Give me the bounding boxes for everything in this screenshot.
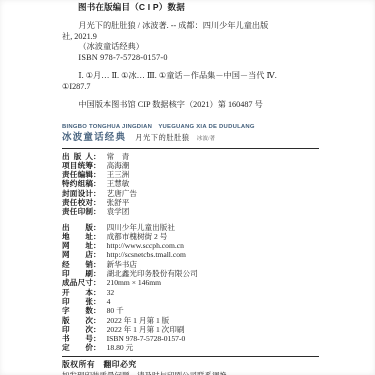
table-row: 出版人：常 青 <box>62 152 319 161</box>
row-colon: ： <box>93 232 101 241</box>
row-value: 四川少年儿童出版社 <box>101 223 175 232</box>
row-value: 18.80 元 <box>101 343 134 352</box>
cip-isbn: ISBN 978-7-5728-0157-0 <box>62 53 319 64</box>
row-value: http://www.sccph.com.cn <box>101 241 184 250</box>
row-colon: ： <box>93 250 101 259</box>
cip-classification: Ⅰ. ①月… Ⅱ. ①冰… Ⅲ. ①童话－作品集－中国－当代 Ⅳ. ①I287.… <box>62 71 290 92</box>
row-colon: ： <box>93 288 101 297</box>
table-row: 字数：80 千 <box>62 306 319 315</box>
row-label: 网店 <box>62 250 93 259</box>
row-label: 项目统筹 <box>62 161 93 170</box>
row-colon: ： <box>93 278 101 287</box>
row-value: 32 <box>101 288 115 297</box>
publication-table: 出版：四川少年儿童出版社 地址：成都市槐树街 2 号 网址：http://www… <box>62 223 319 353</box>
row-colon: ： <box>93 170 101 179</box>
copyright-page: 图书在版编目（C I P）数据 月光下的肚肚狼 / 冰波著. -- 成都：四川少… <box>0 0 375 375</box>
divider-top <box>62 148 319 149</box>
row-colon: ： <box>93 152 101 161</box>
row-label: 印次 <box>62 325 93 334</box>
row-value: 成都市槐树街 2 号 <box>101 232 168 241</box>
row-colon: ： <box>93 269 101 278</box>
table-row: 出版：四川少年儿童出版社 <box>62 223 319 232</box>
table-row: 经销：新华书店 <box>62 260 319 269</box>
table-row: 网店：http://scsnetcbs.tmall.com <box>62 250 319 259</box>
table-row: 责任印制：袁学团 <box>62 207 319 216</box>
row-value: 王慧敏 <box>101 179 130 188</box>
row-label: 成品尺寸 <box>62 278 93 287</box>
row-colon: ： <box>93 189 101 198</box>
table-row: 地址：成都市槐树街 2 号 <box>62 232 319 241</box>
divider-bottom <box>62 356 319 357</box>
row-label: 印张 <box>62 297 93 306</box>
row-value: 2022 年 1 月第 1 次印刷 <box>101 325 185 334</box>
row-colon: ： <box>93 306 101 315</box>
row-colon: ： <box>93 223 101 232</box>
row-colon: ： <box>93 179 101 188</box>
row-value: 袁学团 <box>101 207 130 216</box>
copyright-notice: 版权所有 翻印必究 <box>62 360 319 370</box>
row-value: http://scsnetcbs.tmall.com <box>101 250 186 259</box>
table-row: 开本：32 <box>62 288 319 297</box>
row-label: 印刷 <box>62 269 93 278</box>
row-colon: ： <box>93 325 101 334</box>
table-row: 封面设计：艺唐广告 <box>62 189 319 198</box>
table-row: 网址：http://www.sccph.com.cn <box>62 241 319 250</box>
row-colon: ： <box>93 207 101 216</box>
row-value: 80 千 <box>101 306 124 315</box>
row-value: 张舒平 <box>101 198 130 207</box>
table-row: 定价：18.80 元 <box>62 343 319 352</box>
row-value: 2022 年 1 月第 1 版 <box>101 316 170 325</box>
book-title: 月光下的肚肚狼 <box>135 133 190 143</box>
row-label: 出版 <box>62 223 93 232</box>
book-author: 冰波/著 <box>197 134 215 142</box>
row-label: 经销 <box>62 260 93 269</box>
row-colon: ： <box>93 241 101 250</box>
cip-entry: 月光下的肚肚狼 / 冰波著. -- 成都：四川少年儿童出版社, 2021.9 <box>62 21 276 42</box>
row-colon: ： <box>93 260 101 269</box>
row-label: 字数 <box>62 306 93 315</box>
row-value: 艺唐广告 <box>101 189 137 198</box>
series-band: BINGBO TONGHUA JINGDIAN YUEGUANG XIA DE … <box>62 124 319 144</box>
row-value: 湖北鑫光印务股份有限公司 <box>101 269 198 278</box>
cip-series-note: （冰波童话经典） <box>62 42 319 53</box>
row-label: 开本 <box>62 288 93 297</box>
cip-record-number: 中国版本图书馆 CIP 数据核字（2021）第 160487 号 <box>62 100 319 111</box>
row-value: 常 青 <box>101 152 130 161</box>
table-row: 印刷：湖北鑫光印务股份有限公司 <box>62 269 319 278</box>
quality-note: 如发现印装质量问题，请及时与印刷公司联系调换。 <box>62 371 319 375</box>
row-colon: ： <box>93 198 101 207</box>
row-value: 高海潮 <box>101 161 130 170</box>
staff-table: 出版人：常 青 项目统筹：高海潮 责任编辑：王三洲 特约组稿：王慧敏 封面设计：… <box>62 152 319 217</box>
row-value: 新华书店 <box>101 260 137 269</box>
row-colon: ： <box>93 161 101 170</box>
row-label: 责任印制 <box>62 207 93 216</box>
row-label: 封面设计 <box>62 189 93 198</box>
table-row: 书号：ISBN 978-7-5728-0157-0 <box>62 334 319 343</box>
cip-header: 图书在版编目（C I P）数据 <box>62 2 319 13</box>
row-value: ISBN 978-7-5728-0157-0 <box>101 334 186 343</box>
table-row: 版次：2022 年 1 月第 1 版 <box>62 316 319 325</box>
row-colon: ： <box>93 334 101 343</box>
row-label: 地址 <box>62 232 93 241</box>
row-label: 责任校对 <box>62 198 93 207</box>
row-value: 210mm × 146mm <box>101 278 162 287</box>
row-colon: ： <box>93 343 101 352</box>
row-label: 出版人 <box>62 152 93 161</box>
table-row: 特约组稿：王慧敏 <box>62 179 319 188</box>
row-value: 4 <box>101 297 111 306</box>
series-pinyin: BINGBO TONGHUA JINGDIAN YUEGUANG XIA DE … <box>62 124 319 131</box>
row-colon: ： <box>93 297 101 306</box>
row-label: 版次 <box>62 316 93 325</box>
table-row: 印张：4 <box>62 297 319 306</box>
row-label: 定价 <box>62 343 93 352</box>
table-row: 责任编辑：王三洲 <box>62 170 319 179</box>
row-colon: ： <box>93 316 101 325</box>
row-value: 王三洲 <box>101 170 130 179</box>
series-name: 冰波童话经典 <box>62 133 126 144</box>
page-content: 图书在版编目（C I P）数据 月光下的肚肚狼 / 冰波著. -- 成都：四川少… <box>62 2 319 375</box>
row-label: 特约组稿 <box>62 179 93 188</box>
row-label: 责任编辑 <box>62 170 93 179</box>
table-row: 项目统筹：高海潮 <box>62 161 319 170</box>
table-row: 成品尺寸：210mm × 146mm <box>62 278 319 287</box>
series-title-line: 冰波童话经典 月光下的肚肚狼 冰波/著 <box>62 133 319 144</box>
table-row: 印次：2022 年 1 月第 1 次印刷 <box>62 325 319 334</box>
table-row: 责任校对：张舒平 <box>62 198 319 207</box>
